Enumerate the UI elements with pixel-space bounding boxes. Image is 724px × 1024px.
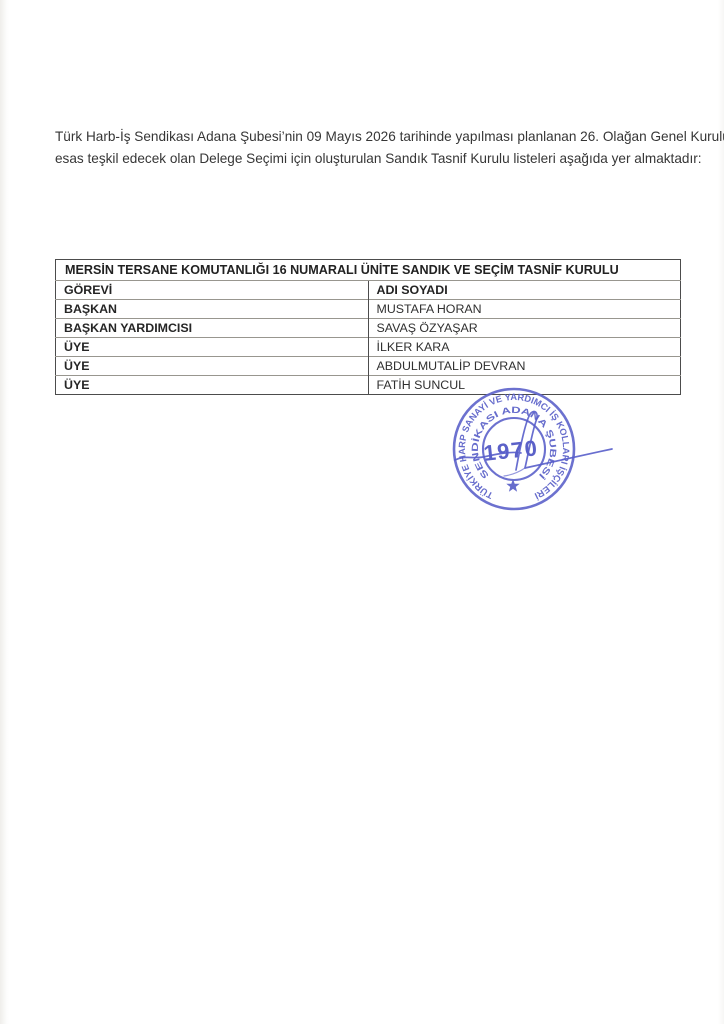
role-cell: ÜYE	[56, 338, 369, 357]
document-page: { "intro": { "lines": [ "Türk Harb-İş Se…	[0, 0, 724, 1024]
role-cell: BAŞKAN	[56, 300, 369, 319]
name-cell: İLKER KARA	[368, 338, 681, 357]
role-cell: ÜYE	[56, 376, 369, 395]
column-header-gorevi: GÖREVİ	[56, 281, 369, 300]
union-stamp-graphic: TÜRKİYE HARP SANAYİ VE YARDIMCI İŞ KOLLA…	[429, 363, 629, 538]
name-cell: SAVAŞ ÖZYAŞAR	[368, 319, 681, 338]
table-row: BAŞKAN YARDIMCISI SAVAŞ ÖZYAŞAR	[56, 319, 681, 338]
intro-line-1: Türk Harb-İş Sendikası Adana Şubesi’nin …	[55, 126, 685, 148]
table-title: MERSİN TERSANE KOMUTANLIĞI 16 NUMARALI Ü…	[56, 260, 681, 281]
union-stamp: TÜRKİYE HARP SANAYİ VE YARDIMCI İŞ KOLLA…	[429, 363, 629, 538]
intro-paragraph: Türk Harb-İş Sendikası Adana Şubesi’nin …	[55, 126, 685, 169]
column-header-adi-soyadi: ADI SOYADI	[368, 281, 681, 300]
role-cell: ÜYE	[56, 357, 369, 376]
name-cell: MUSTAFA HORAN	[368, 300, 681, 319]
signature-stroke	[504, 468, 525, 476]
scan-edge-right	[718, 0, 724, 1024]
table-title-row: MERSİN TERSANE KOMUTANLIĞI 16 NUMARALI Ü…	[56, 260, 681, 281]
role-cell: BAŞKAN YARDIMCISI	[56, 319, 369, 338]
intro-line-2: esas teşkil edecek olan Delege Seçimi iç…	[55, 148, 685, 170]
table-header-row: GÖREVİ ADI SOYADI	[56, 281, 681, 300]
stamp-star-icon	[506, 479, 519, 492]
table-row: BAŞKAN MUSTAFA HORAN	[56, 300, 681, 319]
scan-edge-left	[0, 0, 9, 1024]
table-row: ÜYE İLKER KARA	[56, 338, 681, 357]
